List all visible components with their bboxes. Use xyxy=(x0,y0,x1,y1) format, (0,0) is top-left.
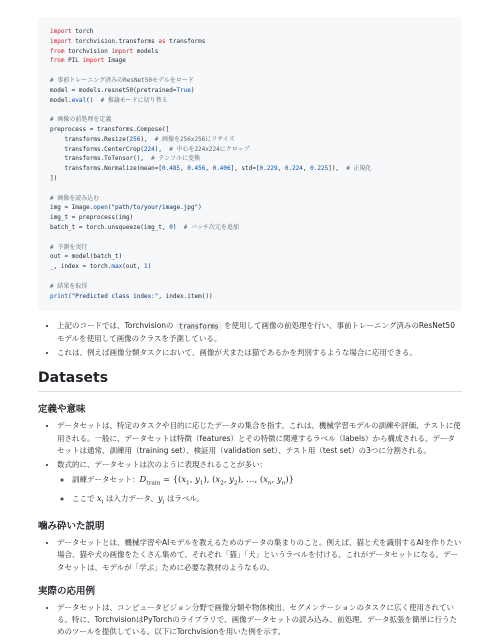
code-token-bi: max xyxy=(111,263,122,270)
text-segment: img = Image. xyxy=(50,204,93,211)
text-segment: transforms.Resize( xyxy=(50,136,129,143)
subsection-heading: 定義や意味 xyxy=(38,401,462,415)
code-line xyxy=(50,272,450,282)
text-segment: 訓練データセット： xyxy=(72,475,140,484)
subsection-bullets: データセットは、コンピュータビジョン分野で画像分類や物体検出、セグメンテーション… xyxy=(38,602,462,639)
code-line: # 予測を実行 xyxy=(50,243,450,253)
text-segment: ) xyxy=(173,224,184,231)
math-segment: = {( xyxy=(160,474,181,484)
text-segment: データセットは、コンピュータビジョン分野で画像分類や物体検出、セグメンテーション… xyxy=(57,603,457,637)
code-line xyxy=(50,184,450,194)
code-line: transforms.ToTensor(), # テンソルに変換 xyxy=(50,154,450,164)
code-token-kw: import xyxy=(50,38,72,45)
code-line: from PIL import Image xyxy=(50,56,450,66)
text-segment: preprocess = transforms.Compose([ xyxy=(50,126,169,133)
text-segment: torchvision xyxy=(64,48,111,55)
text-segment: , xyxy=(205,165,212,172)
text-segment: データセットは、特定のタスクや目的に応じたデータの集合を指す。これは、機械学習モ… xyxy=(57,421,461,455)
text-segment: ), xyxy=(155,146,169,153)
text-segment: torch xyxy=(72,28,94,35)
subsection-bullets: データセットとは、機械学習やAIモデルを教えるためのデータの集まりのこと。例えば… xyxy=(38,537,462,574)
code-line: _, index = torch.max(out, 1) xyxy=(50,262,450,272)
text-segment: ここで xyxy=(72,494,97,503)
text-segment: (out, xyxy=(122,263,144,270)
code-token-bi: 0.224 xyxy=(285,165,303,172)
intro-bullets: 上記のコードでは、Torchvisionの transforms を使用して画像… xyxy=(38,320,462,359)
text-segment: データセットとは、機械学習やAIモデルを教えるためのデータの集まりのこと。例えば… xyxy=(57,538,461,572)
code-line: model.eval() # 推論モードに切り替え xyxy=(50,96,450,106)
code-token-cm: # 画像の前処理を定義 xyxy=(50,116,111,123)
text-segment: ]) xyxy=(50,175,57,182)
code-line: batch_t = torch.unsqueeze(img_t, 0) # バッ… xyxy=(50,223,450,233)
code-token-cm: # 結果を取得 xyxy=(50,283,87,290)
code-line: # 結果を取得 xyxy=(50,282,450,292)
list-item: これは、例えば画像分類タスクにおいて、画像が犬または猫であるかを判別するような場… xyxy=(57,347,462,359)
code-line: # 画像を読み込む xyxy=(50,194,450,204)
text-segment: torchvision.transforms xyxy=(72,38,159,45)
code-token-cm: # 推論モードに切り替え xyxy=(101,97,168,104)
text-segment: は入力データ、 xyxy=(103,494,157,503)
math-subscript: train xyxy=(146,481,160,487)
text-segment: _, index = torch. xyxy=(50,263,111,270)
code-line: import torch xyxy=(50,27,450,37)
code-token-bi: 0.485 xyxy=(162,165,180,172)
code-token-bi: 0.456 xyxy=(187,165,205,172)
code-token-bi: True xyxy=(176,87,190,94)
text-segment: models xyxy=(133,48,158,55)
code-token-kw: from xyxy=(50,48,64,55)
inline-code: transforms xyxy=(176,322,222,331)
code-token-cm: # 正規化 xyxy=(346,165,371,172)
code-line: preprocess = transforms.Compose([ xyxy=(50,125,450,135)
list-item: データセットは、コンピュータビジョン分野で画像分類や物体検出、セグメンテーション… xyxy=(57,602,462,639)
list-item: ここで xi は入力データ、yi はラベル。 xyxy=(72,492,462,509)
list-item: データセットは、特定のタスクや目的に応じたデータの集合を指す。これは、機械学習モ… xyxy=(57,420,462,457)
text-segment: transforms xyxy=(166,38,206,45)
text-segment: ]), xyxy=(328,165,346,172)
code-line: ]) xyxy=(50,174,450,184)
code-token-bi: 0.225 xyxy=(310,165,328,172)
text-segment: Image xyxy=(104,57,126,64)
subsections: 定義や意味データセットは、特定のタスクや目的に応じたデータの集合を指す。これは、… xyxy=(38,401,462,639)
code-token-bi: 256 xyxy=(129,136,140,143)
subsection-heading: 実際の応用例 xyxy=(38,583,462,597)
text-segment: ) xyxy=(191,87,195,94)
subsection-bullets: データセットは、特定のタスクや目的に応じたデータの集合を指す。これは、機械学習モ… xyxy=(38,420,462,509)
code-token-bi: eval xyxy=(72,97,86,104)
list-item: 上記のコードでは、Torchvisionの transforms を使用して画像… xyxy=(57,320,462,345)
code-line: img = Image.open("path/to/your/image.jpg… xyxy=(50,203,450,213)
text-segment: これは、例えば画像分類タスクにおいて、画像が犬または猫であるかを判別するような場… xyxy=(57,348,417,357)
text-segment: () xyxy=(86,97,100,104)
text-segment: model. xyxy=(50,97,72,104)
text-segment: , xyxy=(278,165,285,172)
code-token-bi: 224 xyxy=(144,146,155,153)
list-item: 数式的に、データセットは次のように表現されることが多い：訓練データセット：Dtr… xyxy=(57,459,462,509)
document-page: import torchimport torchvision.transform… xyxy=(0,0,495,639)
text-segment: transforms.CenterCrop( xyxy=(50,146,144,153)
code-token-cm: # 画像を読み込む xyxy=(50,195,99,202)
text-segment: ), xyxy=(140,136,154,143)
text-segment: ], std=[ xyxy=(231,165,260,172)
code-line xyxy=(50,233,450,243)
text-segment: model = models.resnet50(pretrained= xyxy=(50,87,176,94)
text-segment: はラベル。 xyxy=(165,494,204,503)
code-token-kw: from xyxy=(50,57,64,64)
code-line: # 画像の前処理を定義 xyxy=(50,115,450,125)
code-token-bi: open xyxy=(93,204,107,211)
code-token-st: "Predicted class index:" xyxy=(72,293,159,300)
code-token-cm: # 画像を256x256にリサイズ xyxy=(155,136,235,143)
code-line: out = model(batch_t) xyxy=(50,252,450,262)
text-segment: img_t = preprocess(img) xyxy=(50,214,133,221)
code-token-kw: import xyxy=(111,48,133,55)
code-line: from torchvision import models xyxy=(50,47,450,57)
section-title-datasets: Datasets xyxy=(38,370,462,392)
code-line: transforms.CenterCrop(224), # 中心を224x224… xyxy=(50,145,450,155)
math-segment: ), ( xyxy=(204,474,216,484)
code-line: transforms.Resize(256), # 画像を256x256にリサイ… xyxy=(50,135,450,145)
code-token-bi: print xyxy=(50,293,68,300)
text-segment: transforms.ToTensor(), xyxy=(50,155,151,162)
code-line: import torchvision.transforms as transfo… xyxy=(50,37,450,47)
code-token-cm: # バッチ次元を追加 xyxy=(184,224,239,231)
sub-list: 訓練データセット：Dtrain = {(x1, y1), (x2, y2), …… xyxy=(57,473,462,509)
code-line xyxy=(50,105,450,115)
code-line: print("Predicted class index:", index.it… xyxy=(50,292,450,302)
code-line xyxy=(50,66,450,76)
code-token-kw: import xyxy=(83,57,105,64)
text-segment: 上記のコードでは、Torchvisionの xyxy=(57,321,176,330)
text-segment: ) xyxy=(198,204,202,211)
subsection-heading: 噛み砕いた説明 xyxy=(38,518,462,532)
text-segment: batch_t = torch.unsqueeze(img_t, xyxy=(50,224,169,231)
text-segment: out = model(batch_t) xyxy=(50,253,122,260)
text-segment: ) xyxy=(148,263,152,270)
text-segment: transforms.Normalize(mean=[ xyxy=(50,165,162,172)
text-segment: , index.item()) xyxy=(158,293,212,300)
code-token-st: "path/to/your/image.jpg" xyxy=(111,204,198,211)
code-token-bi: 0.406 xyxy=(213,165,231,172)
code-line: img_t = preprocess(img) xyxy=(50,213,450,223)
code-line: transforms.Normalize(mean=[0.485, 0.456,… xyxy=(50,164,450,174)
code-block: import torchimport torchvision.transform… xyxy=(38,17,462,311)
code-token-cm: # 中心を224x224にクロップ xyxy=(169,146,249,153)
text-segment: 数式的に、データセットは次のように表現されることが多い： xyxy=(57,460,267,469)
math-segment: ), …, ( xyxy=(238,474,264,484)
list-item: データセットとは、機械学習やAIモデルを教えるためのデータの集まりのこと。例えば… xyxy=(57,537,462,574)
code-token-cm: # 予測を実行 xyxy=(50,244,87,251)
code-line: model = models.resnet50(pretrained=True) xyxy=(50,86,450,96)
code-token-cm: # 事前トレーニング済みのResNet50モデルをロード xyxy=(50,77,194,84)
code-token-cm: # テンソルに変換 xyxy=(151,155,200,162)
code-line: # 事前トレーニング済みのResNet50モデルをロード xyxy=(50,76,450,86)
code-token-kw: as xyxy=(158,38,165,45)
list-item: 訓練データセット：Dtrain = {(x1, y1), (x2, y2), …… xyxy=(72,473,462,490)
math-segment: )} xyxy=(285,474,294,484)
code-token-bi: 0.229 xyxy=(260,165,278,172)
text-segment: PIL xyxy=(64,57,82,64)
code-token-kw: import xyxy=(50,28,72,35)
